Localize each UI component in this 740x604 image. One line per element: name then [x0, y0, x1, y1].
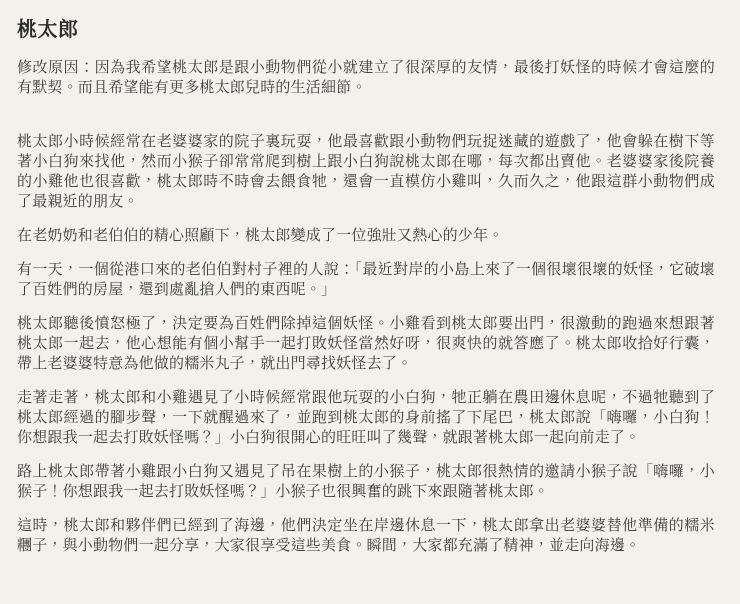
paragraph-meet-monkey: 路上桃太郎帶著小雞跟小白狗又遇見了吊在果樹上的小猴子，桃太郎很熱情的邀請小猴子說…: [17, 462, 715, 502]
paragraph-meet-dog: 走著走著，桃太郎和小雞遇見了小時候經常跟他玩耍的小白狗，牠正躺在農田邊休息呢，不…: [17, 388, 715, 448]
paragraph-childhood-play: 桃太郎小時候經常在老婆婆家的院子裏玩耍，他最喜歡跟小動物們玩捉迷藏的遊戲了，他會…: [17, 132, 715, 212]
page-title: 桃太郎: [17, 18, 715, 42]
paragraph-growing-up: 在老奶奶和老伯伯的精心照顧下，桃太郎變成了一位強壯又熱心的少年。: [17, 226, 715, 246]
revision-reason-note: 修改原因：因為我希望桃太郎是跟小動物們從小就建立了很深厚的友情，最後打妖怪的時候…: [17, 58, 715, 98]
paragraph-seaside-rest: 這時，桃太郎和夥伴們已經到了海邊，他們決定坐在岸邊休息一下，桃太郎拿出老婆婆替他…: [17, 516, 715, 556]
story-document: 桃太郎 修改原因：因為我希望桃太郎是跟小動物們從小就建立了很深厚的友情，最後打妖…: [0, 0, 740, 604]
paragraph-decision-depart: 桃太郎聽後憤怒極了，決定要為百姓們除掉這個妖怪。小雞看到桃太郎要出門，很激動的跑…: [17, 314, 715, 374]
paragraph-ogre-news: 有一天，一個從港口來的老伯伯對村子裡的人說：「最近對岸的小島上來了一個很壞很壞的…: [17, 260, 715, 300]
